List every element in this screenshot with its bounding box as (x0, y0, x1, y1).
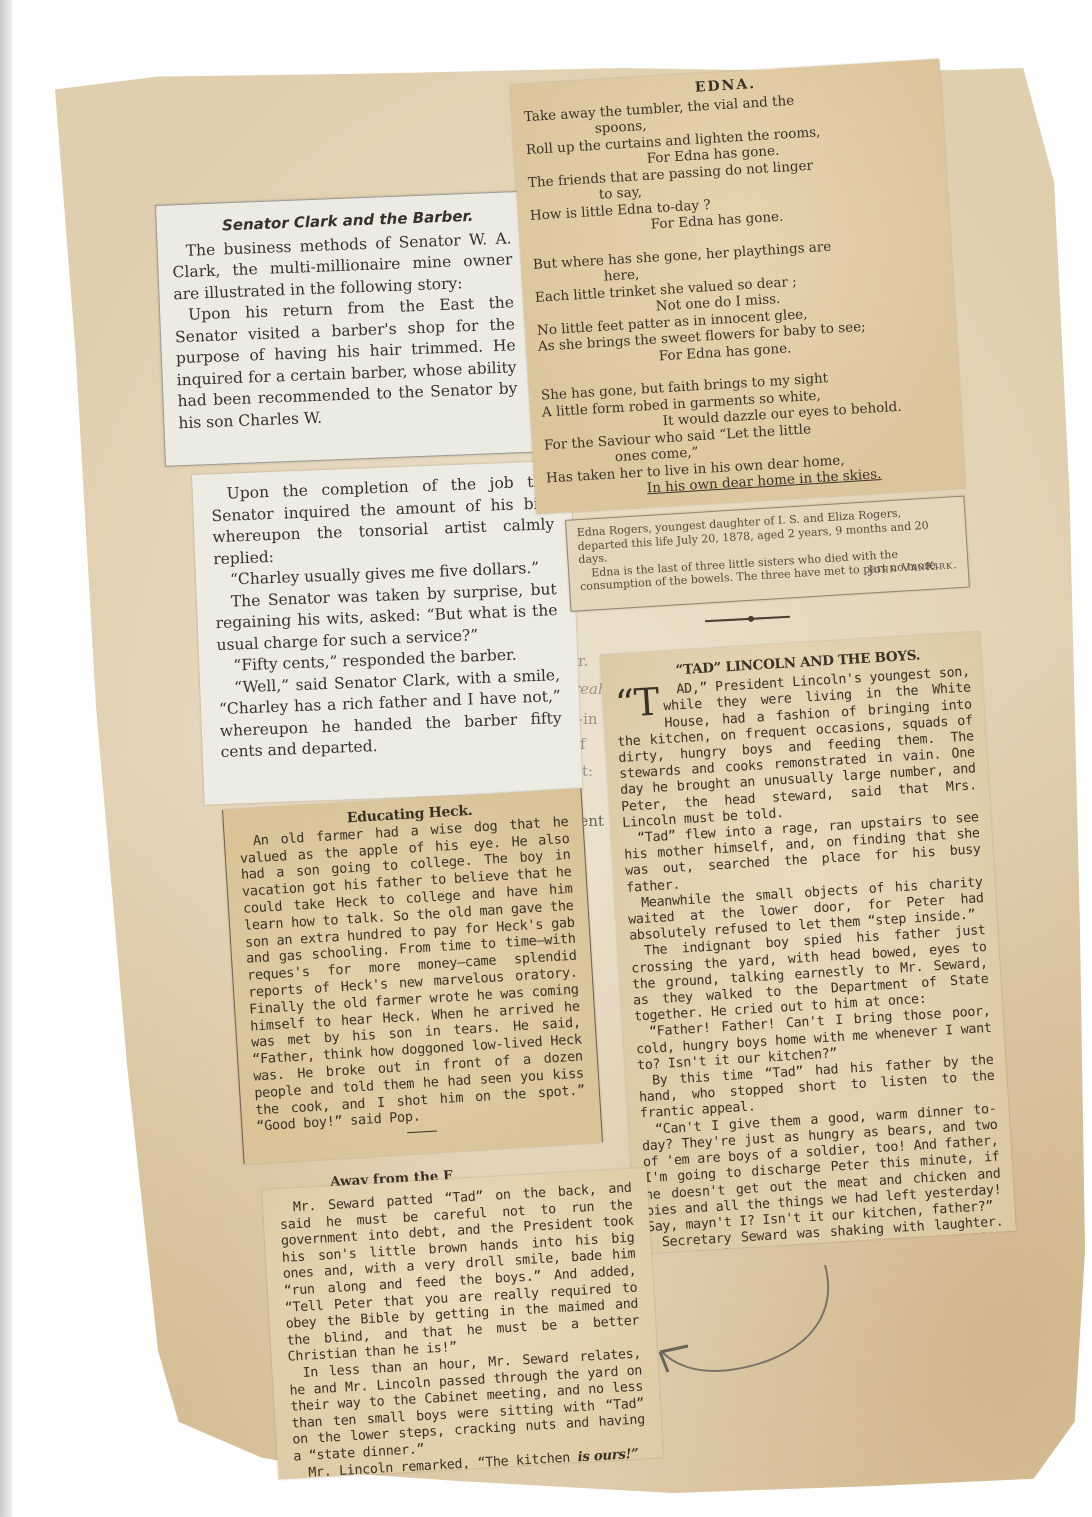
poem-stanza: Take away the tumbler, the vial and thes… (523, 84, 936, 241)
drop-cap: “T (600, 686, 660, 721)
paragraph: “Can't I give them a good, warm dinner t… (641, 1101, 1003, 1236)
poem-stanza: But where has she gone, her playthings a… (533, 232, 945, 372)
paragraph: Mr. Seward patted “Tad” on the back, and… (279, 1181, 641, 1367)
clipping-edna-poem: EDNA. Take away the tumbler, the vial an… (510, 59, 965, 514)
clipping-senator-clark-part1: Senator Clark and the Barber. The busine… (155, 191, 535, 467)
paragraph: “Well,” said Senator Clark, with a smile… (218, 665, 563, 764)
clipping-educating-heck: Educating Heck. An old farmer had a wise… (222, 788, 603, 1164)
clipping-tad-lincoln: “TAD” LINCOLN AND THE BOYS. “TAD,” Presi… (600, 632, 1016, 1254)
fragment-text: r. (578, 652, 588, 670)
paragraph: An old farmer had a wise dog that he val… (238, 814, 586, 1136)
paragraph: AD,” President Lincoln's youngest son, w… (617, 665, 977, 831)
poem-body: Take away the tumbler, the vial and thes… (523, 84, 951, 487)
paragraph: Upon the completion of the job the Senat… (210, 471, 555, 570)
scanner-edge (0, 0, 12, 1517)
fragment-text: t: (582, 762, 593, 780)
divider (407, 1131, 437, 1134)
clipping-senator-clark-part2: Upon the completion of the job the Senat… (192, 460, 582, 804)
clipping-seward: Mr. Seward patted “Tad” on the back, and… (262, 1168, 663, 1480)
pencil-arrow-icon (650, 1260, 840, 1380)
paragraph: Upon his return from the East the Senato… (174, 292, 519, 434)
fragment-text: -in (578, 710, 598, 728)
